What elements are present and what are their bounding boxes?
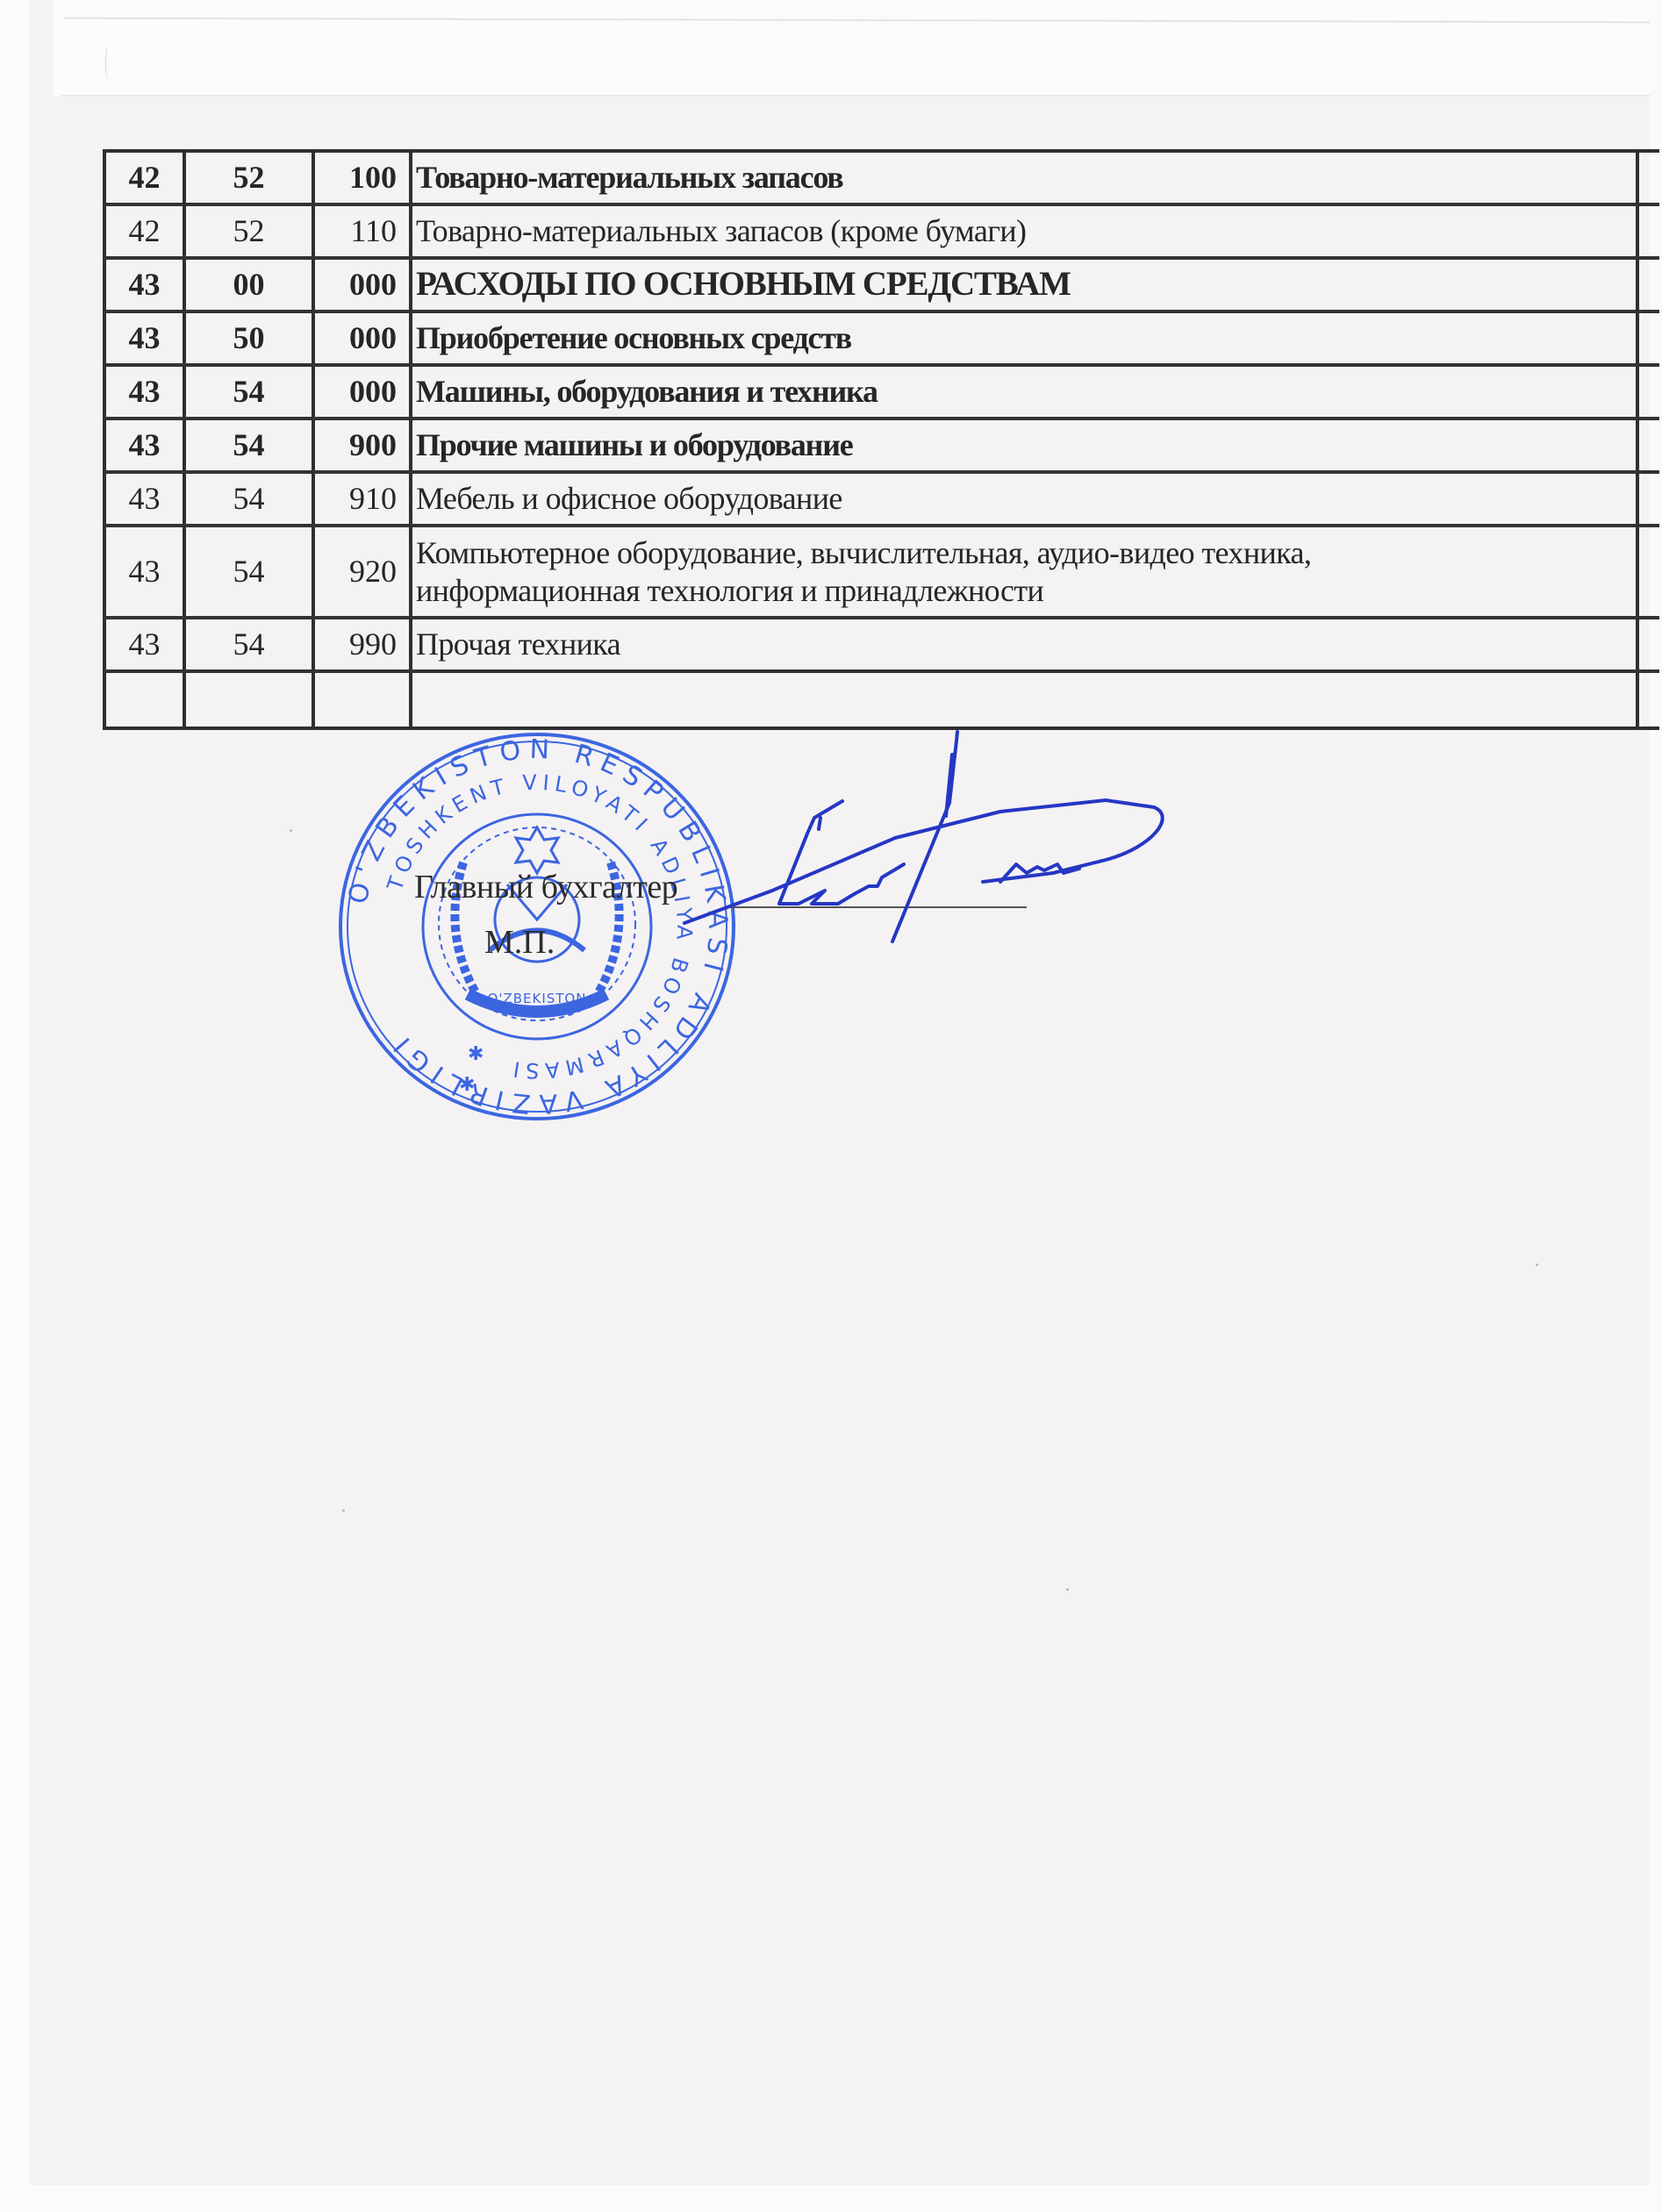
signature-icon — [667, 719, 1193, 965]
code-item: 990 — [312, 619, 409, 669]
empty-cell — [1639, 420, 1659, 470]
item-name: Прочая техника — [409, 619, 1639, 669]
code-subgroup: 54 — [183, 420, 312, 470]
code-item: 910 — [312, 474, 409, 524]
code-item: 110 — [312, 206, 409, 256]
scan-top-band — [53, 0, 1662, 97]
code-item: 000 — [312, 313, 409, 363]
empty-cell — [1639, 206, 1659, 256]
scan-mark — [105, 46, 111, 81]
empty-cell — [1639, 527, 1659, 616]
item-name: Товарно-материальных запасов — [409, 153, 1639, 203]
code-group: 43 — [103, 260, 183, 310]
scan-speck — [342, 1509, 345, 1512]
empty-cell — [1639, 260, 1659, 310]
code-subgroup: 54 — [183, 527, 312, 616]
budget-classification-table: 42 52 100 Товарно-материальных запасов 4… — [103, 149, 1659, 730]
code-item: 000 — [312, 260, 409, 310]
item-name: Компьютерное оборудование, вычислительна… — [409, 527, 1639, 616]
scan-edge-bottom — [0, 2186, 1662, 2212]
table-row-empty — [103, 673, 1659, 727]
table-row: 43 00 000 РАСХОДЫ ПО ОСНОВНЫМ СРЕДСТВАМ — [103, 260, 1659, 313]
seal-star: ✱ — [459, 1074, 483, 1096]
code-subgroup: 52 — [183, 206, 312, 256]
empty-cell — [1639, 619, 1659, 669]
item-name: РАСХОДЫ ПО ОСНОВНЫМ СРЕДСТВАМ — [409, 260, 1639, 310]
code-group: 43 — [103, 527, 183, 616]
scan-speck — [290, 829, 292, 832]
scan-speck — [1536, 1263, 1538, 1266]
item-name-line: Компьютерное оборудование, вычислительна… — [416, 534, 1311, 571]
seal-star: ✱ — [468, 1043, 491, 1065]
item-name-line: информационная технология и принадлежнос… — [416, 572, 1043, 609]
table-row: 42 52 100 Товарно-материальных запасов — [103, 153, 1659, 206]
seal-ribbon-text: O'ZBEKISTON — [488, 991, 587, 1006]
code-subgroup: 54 — [183, 619, 312, 669]
code-group: 43 — [103, 367, 183, 417]
item-name: Мебель и офисное оборудование — [409, 474, 1639, 524]
table-row: 43 54 910 Мебель и офисное оборудование — [103, 474, 1659, 527]
code-subgroup: 50 — [183, 313, 312, 363]
empty-cell — [1639, 474, 1659, 524]
code-group: 43 — [103, 474, 183, 524]
item-name — [409, 673, 1639, 727]
table-row: 43 50 000 Приобретение основных средств — [103, 313, 1659, 367]
code-subgroup: 52 — [183, 153, 312, 203]
item-name: Товарно-материальных запасов (кроме бума… — [409, 206, 1639, 256]
code-group: 43 — [103, 313, 183, 363]
empty-cell — [1639, 367, 1659, 417]
item-name: Прочие машины и оборудование — [409, 420, 1639, 470]
code-item: 100 — [312, 153, 409, 203]
code-item: 000 — [312, 367, 409, 417]
table-row: 43 54 000 Машины, оборудования и техника — [103, 367, 1659, 420]
seal-place-label: М.П. — [484, 923, 555, 962]
code-subgroup — [183, 673, 312, 727]
item-name: Машины, оборудования и техника — [409, 367, 1639, 417]
empty-cell — [1639, 673, 1659, 727]
code-item: 920 — [312, 527, 409, 616]
handwritten-signature — [667, 719, 1193, 965]
table-row: 43 54 920 Компьютерное оборудование, выч… — [103, 527, 1659, 619]
scan-edge-left — [0, 0, 30, 2212]
code-group — [103, 673, 183, 727]
scan-speck — [1066, 1588, 1069, 1591]
code-item — [312, 673, 409, 727]
code-item: 900 — [312, 420, 409, 470]
code-group: 43 — [103, 420, 183, 470]
code-group: 43 — [103, 619, 183, 669]
table-row: 43 54 900 Прочие машины и оборудование — [103, 420, 1659, 474]
scan-line — [61, 95, 1658, 97]
empty-cell — [1639, 153, 1659, 203]
chief-accountant-label: Главный бухгалтер — [414, 868, 677, 906]
item-name: Приобретение основных средств — [409, 313, 1639, 363]
table-row: 43 54 990 Прочая техника — [103, 619, 1659, 673]
empty-cell — [1639, 313, 1659, 363]
table-row: 42 52 110 Товарно-материальных запасов (… — [103, 206, 1659, 260]
code-group: 42 — [103, 206, 183, 256]
code-group: 42 — [103, 153, 183, 203]
code-subgroup: 54 — [183, 367, 312, 417]
code-subgroup: 54 — [183, 474, 312, 524]
code-subgroup: 00 — [183, 260, 312, 310]
